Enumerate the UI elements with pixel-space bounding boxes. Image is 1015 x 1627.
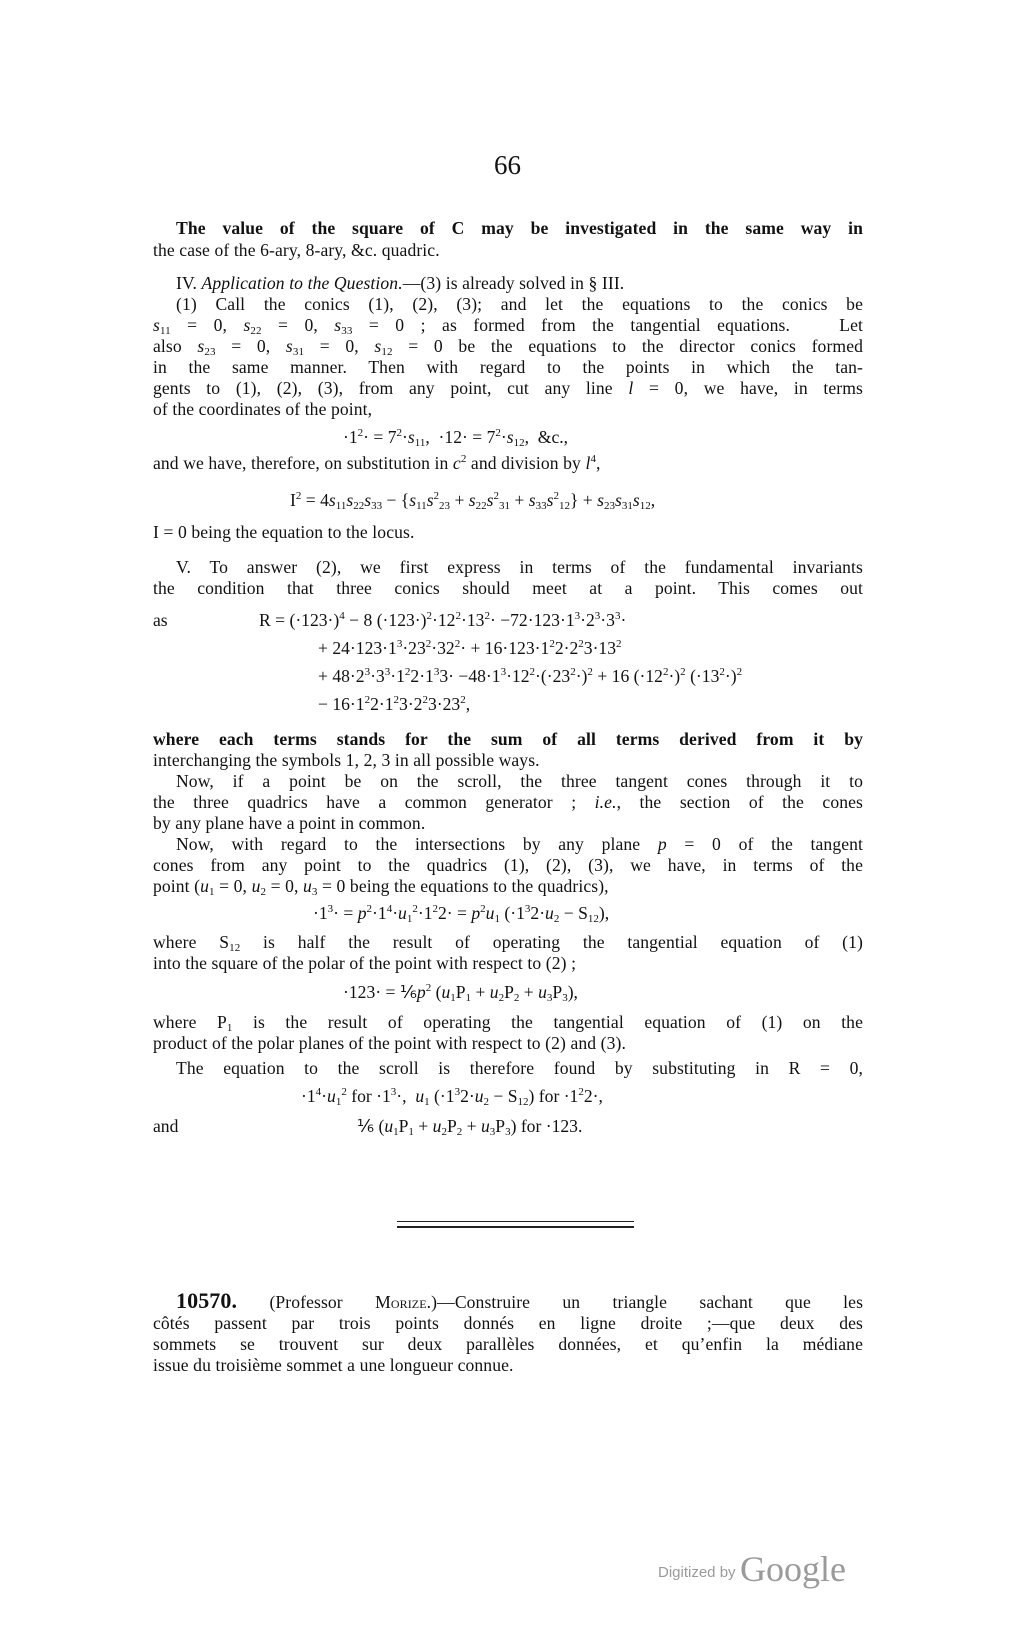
equation-2: I2 = 4s11s22s33 − {s11s223 + s22s231 + s…: [290, 489, 655, 511]
paragraph-p1-line: product of the polar planes of the point…: [153, 1032, 863, 1054]
paragraph-terms-line: where each terms stands for the sum of a…: [153, 728, 863, 750]
paragraph-conics-line: of the coordinates of the point,: [153, 398, 863, 420]
section-iv-heading: IV. Application to the Question.—(3) is …: [176, 272, 863, 294]
paragraph-conics-line: in the same manner. Then with regard to …: [153, 356, 863, 378]
paragraph-conics-line: s11 = 0, s22 = 0, s33 = 0 ; as formed fr…: [153, 314, 863, 336]
paragraph-s12-line: where S12 is half the result of operatin…: [153, 931, 863, 953]
page-number: 66: [0, 150, 1015, 181]
paragraph-tangent-line: point (u1 = 0, u2 = 0, u3 = 0 being the …: [153, 875, 863, 897]
paragraph-tangent-line: Now, with regard to the intersections by…: [176, 833, 863, 855]
paragraph-intro-line: The value of the square of C may be inve…: [176, 217, 863, 239]
equation-r-lead: as: [153, 609, 168, 631]
google-logo: Google: [740, 1549, 846, 1589]
paragraph-locus: I = 0 being the equation to the locus.: [153, 521, 863, 543]
section-iv-label: IV.: [176, 273, 197, 293]
watermark-prefix: Digitized by: [658, 1564, 736, 1581]
section-v-line: V. To answer (2), we first express in te…: [176, 556, 863, 578]
equation-r-line-2: + 24·123·13·232·322· + 16·123·122·223·13…: [318, 637, 622, 659]
equation-6: ⅙ (u1P1 + u2P2 + u3P3) for ·123.: [357, 1115, 582, 1137]
equation-r-line-4: − 16·122·123·223·232,: [318, 693, 470, 715]
question-10570-line: sommets se trouvent sur deux parallèles …: [153, 1333, 863, 1355]
paragraph-tangent-line: cones from any point to the quadrics (1)…: [153, 854, 863, 876]
equation-r-line-1: R = (·123·)4 − 8 (·123·)2·122·132· −72·1…: [259, 609, 626, 631]
paragraph-scroll-line: Now, if a point be on the scroll, the th…: [176, 770, 863, 792]
question-number: 10570.: [176, 1288, 237, 1313]
equation-r-line-3: + 48·23·33·122·133· −48·13·122·(·232·)2 …: [318, 665, 742, 687]
paragraph-scroll-equation: The equation to the scroll is therefore …: [176, 1057, 863, 1079]
digitized-watermark: Digitized by Google: [658, 1548, 846, 1590]
section-divider: [397, 1226, 634, 1228]
paragraph-conics-line: gents to (1), (2), (3), from any point, …: [153, 377, 863, 399]
equation-1: ·12· = 72·s11, ·12· = 72·s12, &c.,: [343, 426, 568, 448]
question-text: —Construire un triangle sachant que les: [437, 1292, 863, 1312]
paragraph-conics-line: also s23 = 0, s31 = 0, s12 = 0 be the eq…: [153, 335, 863, 357]
paragraph-conics-line: (1) Call the conics (1), (2), (3); and l…: [176, 293, 863, 315]
paragraph-intro-line: the case of the 6-ary, 8-ary, &c. quadri…: [153, 239, 863, 261]
section-iv-title: Application to the Question.: [202, 273, 403, 293]
equation-6-lead: and: [153, 1115, 178, 1137]
question-10570-line: 10570. (Professor Morize.)—Construire un…: [176, 1290, 863, 1313]
equation-3: ·13· = p2·14·u12·122· = p2u1 (·132·u2 − …: [313, 902, 609, 924]
section-v-line: the condition that three conics should m…: [153, 577, 863, 599]
paragraph-terms-line: interchanging the symbols 1, 2, 3 in all…: [153, 749, 863, 771]
question-10570-line: côtés passent par trois points donnés en…: [153, 1312, 863, 1334]
question-10570-line: issue du troisième sommet a une longueur…: [153, 1354, 863, 1376]
paragraph-scroll-line: by any plane have a point in common.: [153, 812, 863, 834]
equation-4: ·123· = ⅙p2 (u1P1 + u2P2 + u3P3),: [343, 981, 578, 1003]
question-author: (Professor Morize.): [269, 1292, 437, 1312]
section-divider: [397, 1221, 634, 1222]
paragraph-s12-line: into the square of the polar of the poin…: [153, 952, 863, 974]
paragraph-substitution: and we have, therefore, on substitution …: [153, 452, 863, 474]
paragraph-p1-line: where P1 is the result of operating the …: [153, 1011, 863, 1033]
equation-5: ·14·u12 for ·13·, u1 (·132·u2 − S12) for…: [301, 1085, 603, 1107]
paragraph-scroll-line: the three quadrics have a common generat…: [153, 791, 863, 813]
section-iv-rest: —(3) is already solved in § III.: [403, 273, 625, 293]
